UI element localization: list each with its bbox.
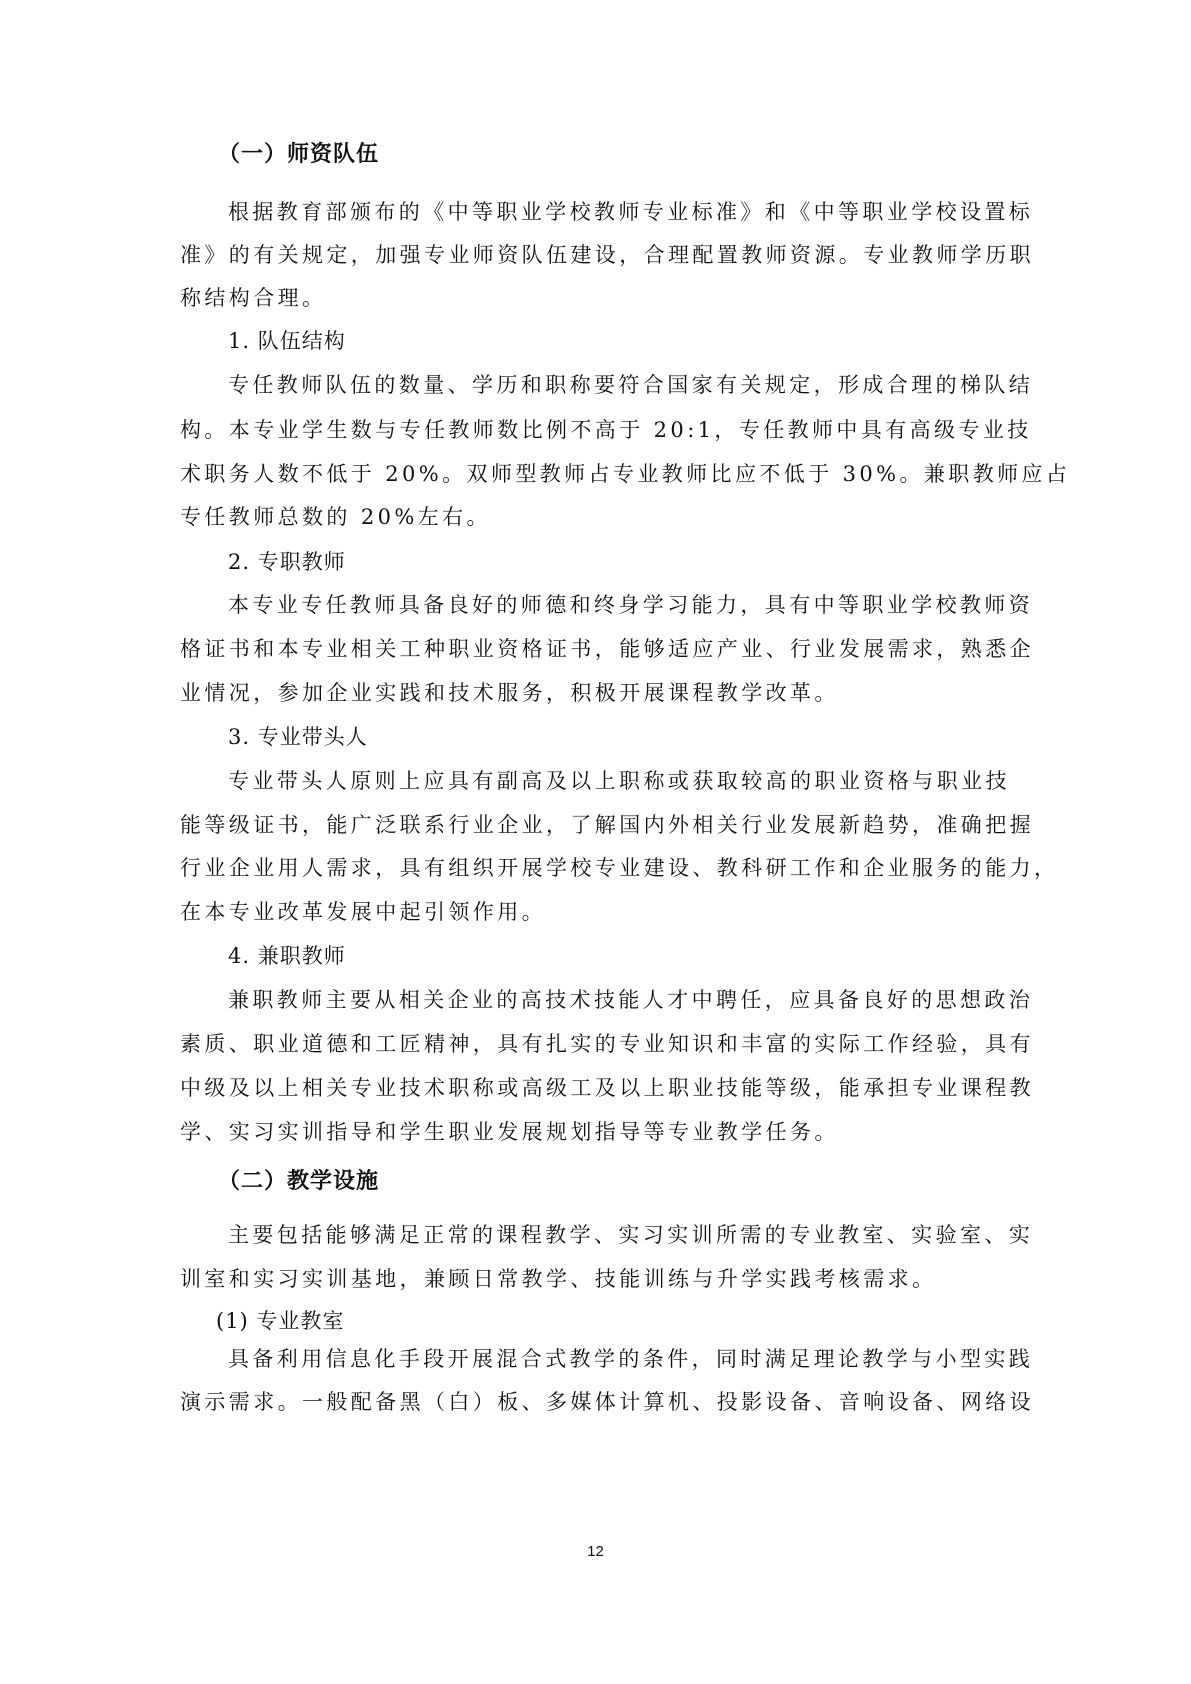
subsection-title-team-structure: 1. 队伍结构 (228, 326, 346, 356)
paragraph-line: 具备利用信息化手段开展混合式教学的条件，同时满足理论教学与小型实践 (228, 1344, 1010, 1374)
document-page: （一）师资队伍 根据教育部颁布的《中等职业学校教师专业标准》和《中等职业学校设置… (0, 0, 1191, 1684)
subsection-title-program-leader: 3. 专业带头人 (228, 722, 368, 752)
section-heading-faculty: （一）师资队伍 (218, 140, 379, 170)
paragraph-line: 专任教师队伍的数量、学历和职称要符合国家有关规定，形成合理的梯队结 (228, 370, 1010, 400)
paragraph-line: 素质、职业道德和工匠精神，具有扎实的专业知识和丰富的实际工作经验，具有 (180, 1029, 1010, 1059)
paragraph-line: 本专业专任教师具备良好的师德和终身学习能力，具有中等职业学校教师资 (228, 590, 1010, 620)
subsection-title-classroom: (1) 专业教室 (216, 1306, 344, 1336)
paragraph-line: 术职务人数不低于 20%。双师型教师占专业教师比应不低于 30%。兼职教师应占 (180, 459, 1010, 489)
paragraph-line: 学、实习实训指导和学生职业发展规划指导等专业教学任务。 (180, 1117, 1010, 1147)
section-heading-teaching-facilities: （二）教学设施 (218, 1167, 379, 1197)
page-number: 12 (0, 1543, 1191, 1560)
paragraph-line: 兼职教师主要从相关企业的高技术技能人才中聘任，应具备良好的思想政治 (228, 985, 1010, 1015)
paragraph-line: 中级及以上相关专业技术职称或高级工及以上职业技能等级，能承担专业课程教 (180, 1073, 1010, 1103)
paragraph-line: 行业企业用人需求，具有组织开展学校专业建设、教科研工作和企业服务的能力， (180, 853, 1010, 883)
subsection-title-fulltime-teachers: 2. 专职教师 (228, 547, 346, 577)
paragraph-line: 专业带头人原则上应具有副高及以上职称或获取较高的职业资格与职业技 (228, 766, 1010, 796)
paragraph-line: 构。本专业学生数与专任教师数比例不高于 20:1，专任教师中具有高级专业技 (180, 415, 1010, 445)
paragraph-line: 专任教师总数的 20%左右。 (180, 502, 1010, 532)
subsection-title-parttime-teachers: 4. 兼职教师 (228, 941, 346, 971)
paragraph-line: 主要包括能够满足正常的课程教学、实习实训所需的专业教室、实验室、实 (228, 1220, 1010, 1250)
paragraph-line: 业情况，参加企业实践和技术服务，积极开展课程教学改革。 (180, 678, 1010, 708)
paragraph-line: 演示需求。一般配备黑（白）板、多媒体计算机、投影设备、音响设备、网络设 (180, 1387, 1010, 1417)
paragraph-line: 根据教育部颁布的《中等职业学校教师专业标准》和《中等职业学校设置标 (228, 197, 1010, 227)
paragraph-line: 在本专业改革发展中起引领作用。 (180, 897, 1010, 927)
paragraph-line: 称结构合理。 (180, 283, 1010, 313)
paragraph-line: 准》的有关规定，加强专业师资队伍建设，合理配置教师资源。专业教师学历职 (180, 240, 1010, 270)
paragraph-line: 能等级证书，能广泛联系行业企业，了解国内外相关行业发展新趋势，准确把握 (180, 810, 1010, 840)
paragraph-line: 训室和实习实训基地，兼顾日常教学、技能训练与升学实践考核需求。 (180, 1264, 1010, 1294)
paragraph-line: 格证书和本专业相关工种职业资格证书，能够适应产业、行业发展需求，熟悉企 (180, 634, 1010, 664)
